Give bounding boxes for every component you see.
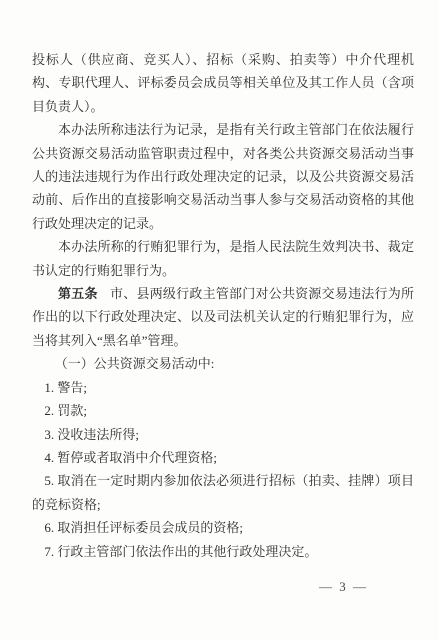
list-item-7: 7. 行政主管部门依法作出的其他行政处理决定。: [32, 540, 414, 563]
paragraph-continuation: 投标人（供应商、竞买人）、招标（采购、拍卖等）中介代理机构、专职代理人、评标委员…: [32, 48, 414, 118]
page-number: — 3 —: [319, 575, 368, 598]
list-heading-item-1: （一）公共资源交易活动中:: [32, 352, 414, 375]
list-item-4: 4. 暂停或者取消中介代理资格;: [32, 446, 414, 469]
list-item-5: 5. 取消在一定时期内参加依法必须进行招标（拍卖、挂牌）项目的竞标资格;: [32, 469, 414, 516]
paragraph-violation-record-definition: 本办法所称违法行为记录，是指有关行政主管部门在依法履行公共资源交易活动监管职责过…: [32, 118, 414, 235]
paragraph-bribery-definition: 本办法所称的行贿犯罪行为，是指人民法院生效判决书、裁定书认定的行贿犯罪行为。: [32, 235, 414, 282]
paragraph-article-5: 第五条市、县两级行政主管部门对公共资源交易违法行为所作出的以下行政处理决定、以及…: [32, 282, 414, 352]
list-item-2: 2. 罚款;: [32, 399, 414, 422]
article-5-label: 第五条: [58, 286, 98, 301]
list-item-6: 6. 取消担任评标委员会成员的资格;: [32, 516, 414, 539]
list-item-3: 3. 没收违法所得;: [32, 423, 414, 446]
list-item-1: 1. 警告;: [32, 376, 414, 399]
document-page: 投标人（供应商、竞买人）、招标（采购、拍卖等）中介代理机构、专职代理人、评标委员…: [0, 0, 438, 640]
